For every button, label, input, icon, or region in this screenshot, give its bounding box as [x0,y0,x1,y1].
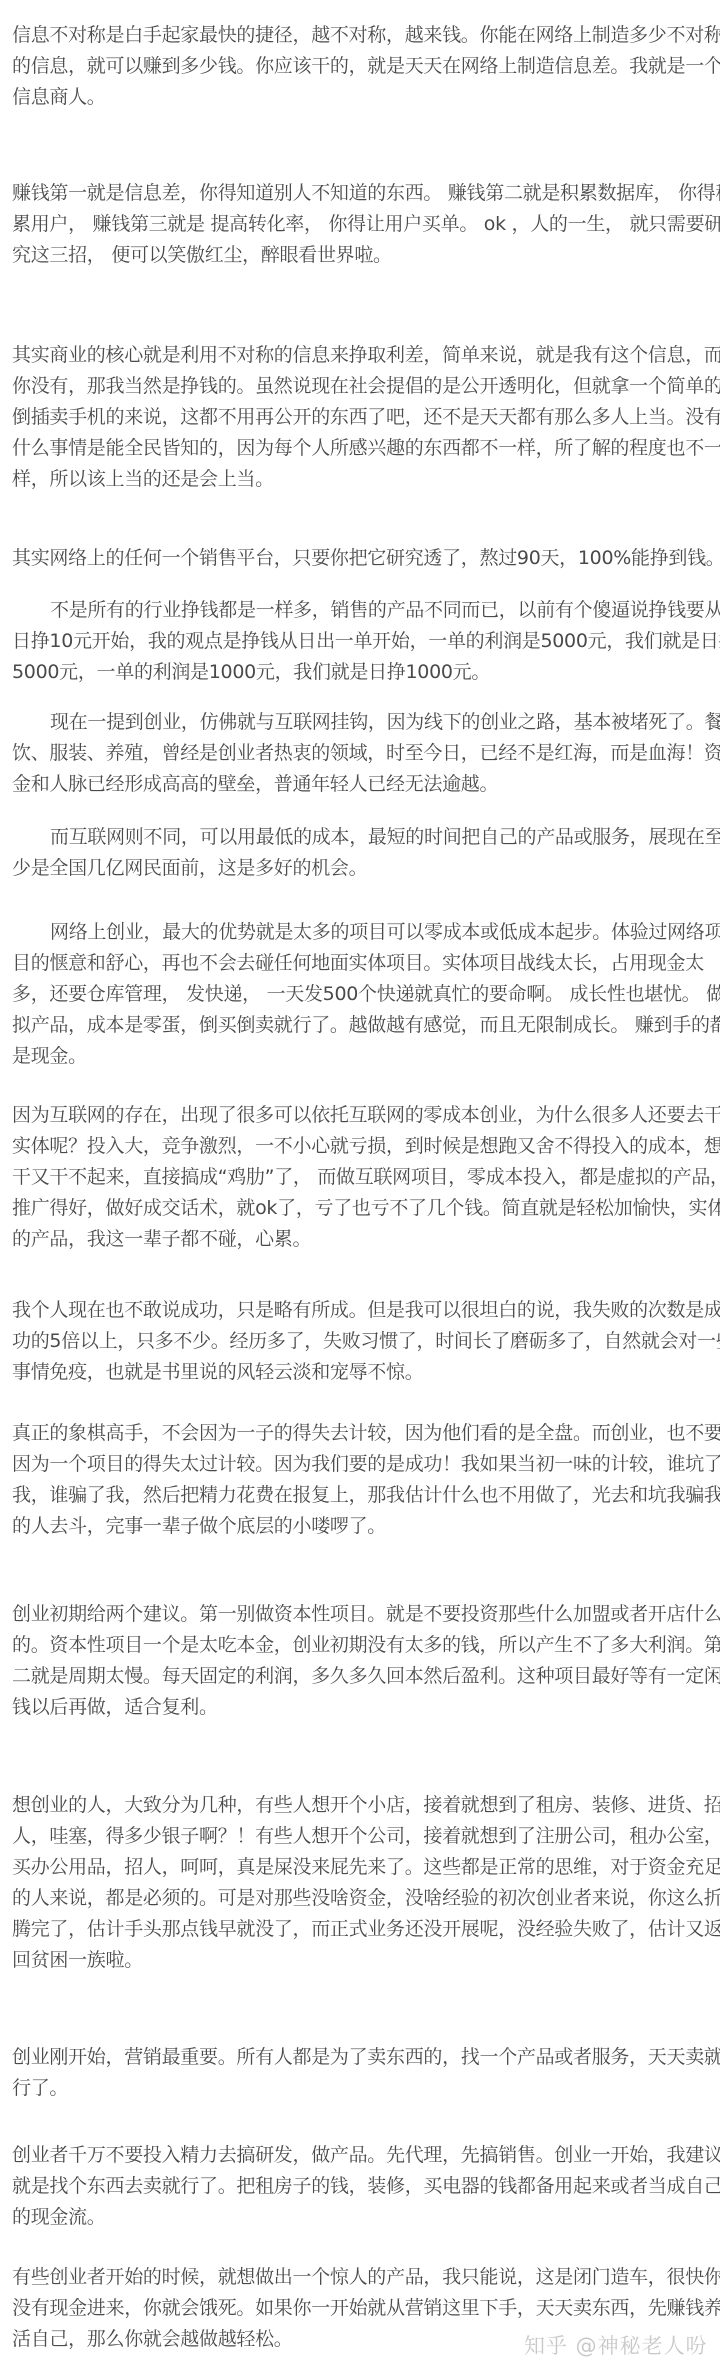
paragraph-line: 行了。 [12,2073,712,2104]
article-paragraph: 其实网络上的任何一个销售平台，只要你把它研究透了，熬过90天，100%能挣到钱。 [12,543,712,574]
article-paragraph: 信息不对称是白手起家最快的捷径，越不对称，越来钱。你能在网络上制造多少不对称的信… [12,20,712,113]
article-paragraph: 不是所有的行业挣钱都是一样多，销售的产品不同而已，以前有个傻逼说挣钱要从日挣10… [12,595,712,688]
paragraph-line: 饮、服装、养殖，曾经是创业者热衷的领域，时至今日，已经不是红海，而是血海！资 [12,738,712,769]
article-paragraph: 想创业的人，大致分为几种，有些人想开个小店，接着就想到了租房、装修、进货、招人，… [12,1790,712,1976]
paragraph-line: 就是找个东西去卖就行了。把租房子的钱，装修，买电器的钱都备用起来或者当成自己 [12,2171,712,2202]
paragraph-line: 创业初期给两个建议。第一别做资本性项目。就是不要投资那些什么加盟或者开店什么 [12,1599,712,1630]
paragraph-line: 累用户， 赚钱第三就是 提高转化率， 你得让用户买单。 ok ，人的一生， 就只… [12,209,712,240]
paragraph-line: 有些创业者开始的时候，就想做出一个惊人的产品，我只能说，这是闭门造车，很快你 [12,2262,712,2293]
paragraph-line: 的。资本性项目一个是太吃本金，创业初期没有太多的钱，所以产生不了多大利润。第 [12,1630,712,1661]
paragraph-line: 其实网络上的任何一个销售平台，只要你把它研究透了，熬过90天，100%能挣到钱。 [12,543,712,574]
paragraph-line: 样，所以该上当的还是会上当。 [12,464,712,495]
paragraph-line: 推广得好，做好成交话术，就ok了，亏了也亏不了几个钱。简直就是轻松加愉快，实体 [12,1193,712,1224]
paragraph-line: 没有现金进来，你就会饿死。如果你一开始就从营销这里下手，天天卖东西，先赚钱养 [12,2293,712,2324]
article-paragraph: 真正的象棋高手，不会因为一子的得失去计较，因为他们看的是全盘。而创业，也不要因为… [12,1418,712,1542]
paragraph-line: 少是全国几亿网民面前，这是多好的机会。 [12,853,712,884]
paragraph-line: 现在一提到创业，仿佛就与互联网挂钩，因为线下的创业之路，基本被堵死了。餐 [12,707,712,738]
article-paragraph: 网络上创业，最大的优势就是太多的项目可以零成本或低成本起步。体验过网络项目的惬意… [12,917,712,1072]
paragraph-line: 而互联网则不同，可以用最低的成本，最短的时间把自己的产品或服务，展现在至 [12,822,712,853]
paragraph-line: 拟产品，成本是零蛋，倒买倒卖就行了。越做越有感觉，而且无限制成长。 赚到手的都 [12,1010,712,1041]
paragraph-line: 你没有，那我当然是挣钱的。虽然说现在社会提倡的是公开透明化，但就拿一个简单的 [12,371,712,402]
paragraph-line: 网络上创业，最大的优势就是太多的项目可以零成本或低成本起步。体验过网络项 [12,917,712,948]
paragraph-line: 赚钱第一就是信息差，你得知道别人不知道的东西。 赚钱第二就是积累数据库， 你得积 [12,178,712,209]
paragraph-line: 创业者千万不要投入精力去搞研发，做产品。先代理，先搞销售。创业一开始，我建议 [12,2140,712,2171]
article-paragraph: 其实商业的核心就是利用不对称的信息来挣取利差，简单来说，就是我有这个信息，而你没… [12,340,712,495]
paragraph-line: 干又干不起来，直接搞成“鸡肋”了， 而做互联网项目，零成本投入，都是虚拟的产品， [12,1162,712,1193]
paragraph-line: 不是所有的行业挣钱都是一样多，销售的产品不同而已，以前有个傻逼说挣钱要从 [12,595,712,626]
paragraph-line: 信息不对称是白手起家最快的捷径，越不对称，越来钱。你能在网络上制造多少不对称 [12,20,712,51]
article-paragraph: 因为互联网的存在，出现了很多可以依托互联网的零成本创业，为什么很多人还要去干实体… [12,1100,712,1255]
paragraph-line: 究这三招， 便可以笑傲红尘，醉眼看世界啦。 [12,240,712,271]
article-paragraph: 我个人现在也不敢说成功，只是略有所成。但是我可以很坦白的说，我失败的次数是成功的… [12,1295,712,1388]
paragraph-line: 腾完了，估计手头那点钱早就没了，而正式业务还没开展呢，没经验失败了，估计又返 [12,1914,712,1945]
paragraph-line: 真正的象棋高手，不会因为一子的得失去计较，因为他们看的是全盘。而创业，也不要 [12,1418,712,1449]
paragraph-line: 买办公用品，招人，呵呵，真是屎没来屁先来了。这些都是正常的思维，对于资金充足 [12,1852,712,1883]
paragraph-line: 钱以后再做，适合复利。 [12,1692,712,1723]
paragraph-line: 我个人现在也不敢说成功，只是略有所成。但是我可以很坦白的说，我失败的次数是成 [12,1295,712,1326]
paragraph-line: 的人来说，都是必须的。可是对那些没啥资金，没啥经验的初次创业者来说，你这么折 [12,1883,712,1914]
zhihu-watermark: 知乎 @神秘老人吩 [524,2330,708,2360]
article-paragraph: 赚钱第一就是信息差，你得知道别人不知道的东西。 赚钱第二就是积累数据库， 你得积… [12,178,712,271]
paragraph-line: 二就是周期太慢。每天固定的利润，多久多久回本然后盈利。这种项目最好等有一定闲 [12,1661,712,1692]
paragraph-line: 倒插卖手机的来说，这都不用再公开的东西了吧，还不是天天都有那么多人上当。没有 [12,402,712,433]
article-paragraph: 现在一提到创业，仿佛就与互联网挂钩，因为线下的创业之路，基本被堵死了。餐饮、服装… [12,707,712,800]
paragraph-line: 我，谁骗了我，然后把精力花费在报复上，那我估计什么也不用做了，光去和坑我骗我 [12,1480,712,1511]
paragraph-line: 日挣10元开始，我的观点是挣钱从日出一单开始，一单的利润是5000元，我们就是日… [12,626,712,657]
paragraph-line: 是现金。 [12,1041,712,1072]
paragraph-line: 事情免疫，也就是书里说的风轻云淡和宠辱不惊。 [12,1357,712,1388]
paragraph-line: 5000元，一单的利润是1000元，我们就是日挣1000元。 [12,657,712,688]
paragraph-line: 什么事情是能全民皆知的，因为每个人所感兴趣的东西都不一样，所了解的程度也不一 [12,433,712,464]
paragraph-line: 的信息，就可以赚到多少钱。你应该干的，就是天天在网络上制造信息差。我就是一个 [12,51,712,82]
paragraph-line: 信息商人。 [12,82,712,113]
paragraph-line: 因为互联网的存在，出现了很多可以依托互联网的零成本创业，为什么很多人还要去干 [12,1100,712,1131]
article-paragraph: 创业者千万不要投入精力去搞研发，做产品。先代理，先搞销售。创业一开始，我建议就是… [12,2140,712,2233]
article-paragraph: 创业初期给两个建议。第一别做资本性项目。就是不要投资那些什么加盟或者开店什么的。… [12,1599,712,1723]
paragraph-line: 实体呢？投入大，竞争激烈，一不小心就亏损，到时候是想跑又舍不得投入的成本，想 [12,1131,712,1162]
paragraph-line: 其实商业的核心就是利用不对称的信息来挣取利差，简单来说，就是我有这个信息，而 [12,340,712,371]
paragraph-line: 多，还要仓库管理， 发快递， 一天发500个快递就真忙的要命啊。 成长性也堪忧。… [12,979,712,1010]
paragraph-line: 的现金流。 [12,2202,712,2233]
paragraph-line: 功的5倍以上，只多不少。经历多了，失败习惯了，时间长了磨砺多了，自然就会对一些 [12,1326,712,1357]
paragraph-line: 创业刚开始，营销最重要。所有人都是为了卖东西的，找一个产品或者服务，天天卖就 [12,2042,712,2073]
paragraph-line: 想创业的人，大致分为几种，有些人想开个小店，接着就想到了租房、装修、进货、招 [12,1790,712,1821]
paragraph-line: 人，哇塞，得多少银子啊？！有些人想开个公司，接着就想到了注册公司，租办公室， [12,1821,712,1852]
paragraph-line: 的人去斗，完事一辈子做个底层的小喽啰了。 [12,1511,712,1542]
paragraph-line: 因为一个项目的得失太过计较。因为我们要的是成功！我如果当初一味的计较，谁坑了 [12,1449,712,1480]
article-paragraph: 而互联网则不同，可以用最低的成本，最短的时间把自己的产品或服务，展现在至少是全国… [12,822,712,884]
article-paragraph: 创业刚开始，营销最重要。所有人都是为了卖东西的，找一个产品或者服务，天天卖就行了… [12,2042,712,2104]
paragraph-line: 的产品，我这一辈子都不碰，心累。 [12,1224,712,1255]
paragraph-line: 回贫困一族啦。 [12,1945,712,1976]
paragraph-line: 金和人脉已经形成高高的壁垒，普通年轻人已经无法逾越。 [12,769,712,800]
paragraph-line: 目的惬意和舒心，再也不会去碰任何地面实体项目。实体项目战线太长，占用现金太 [12,948,712,979]
